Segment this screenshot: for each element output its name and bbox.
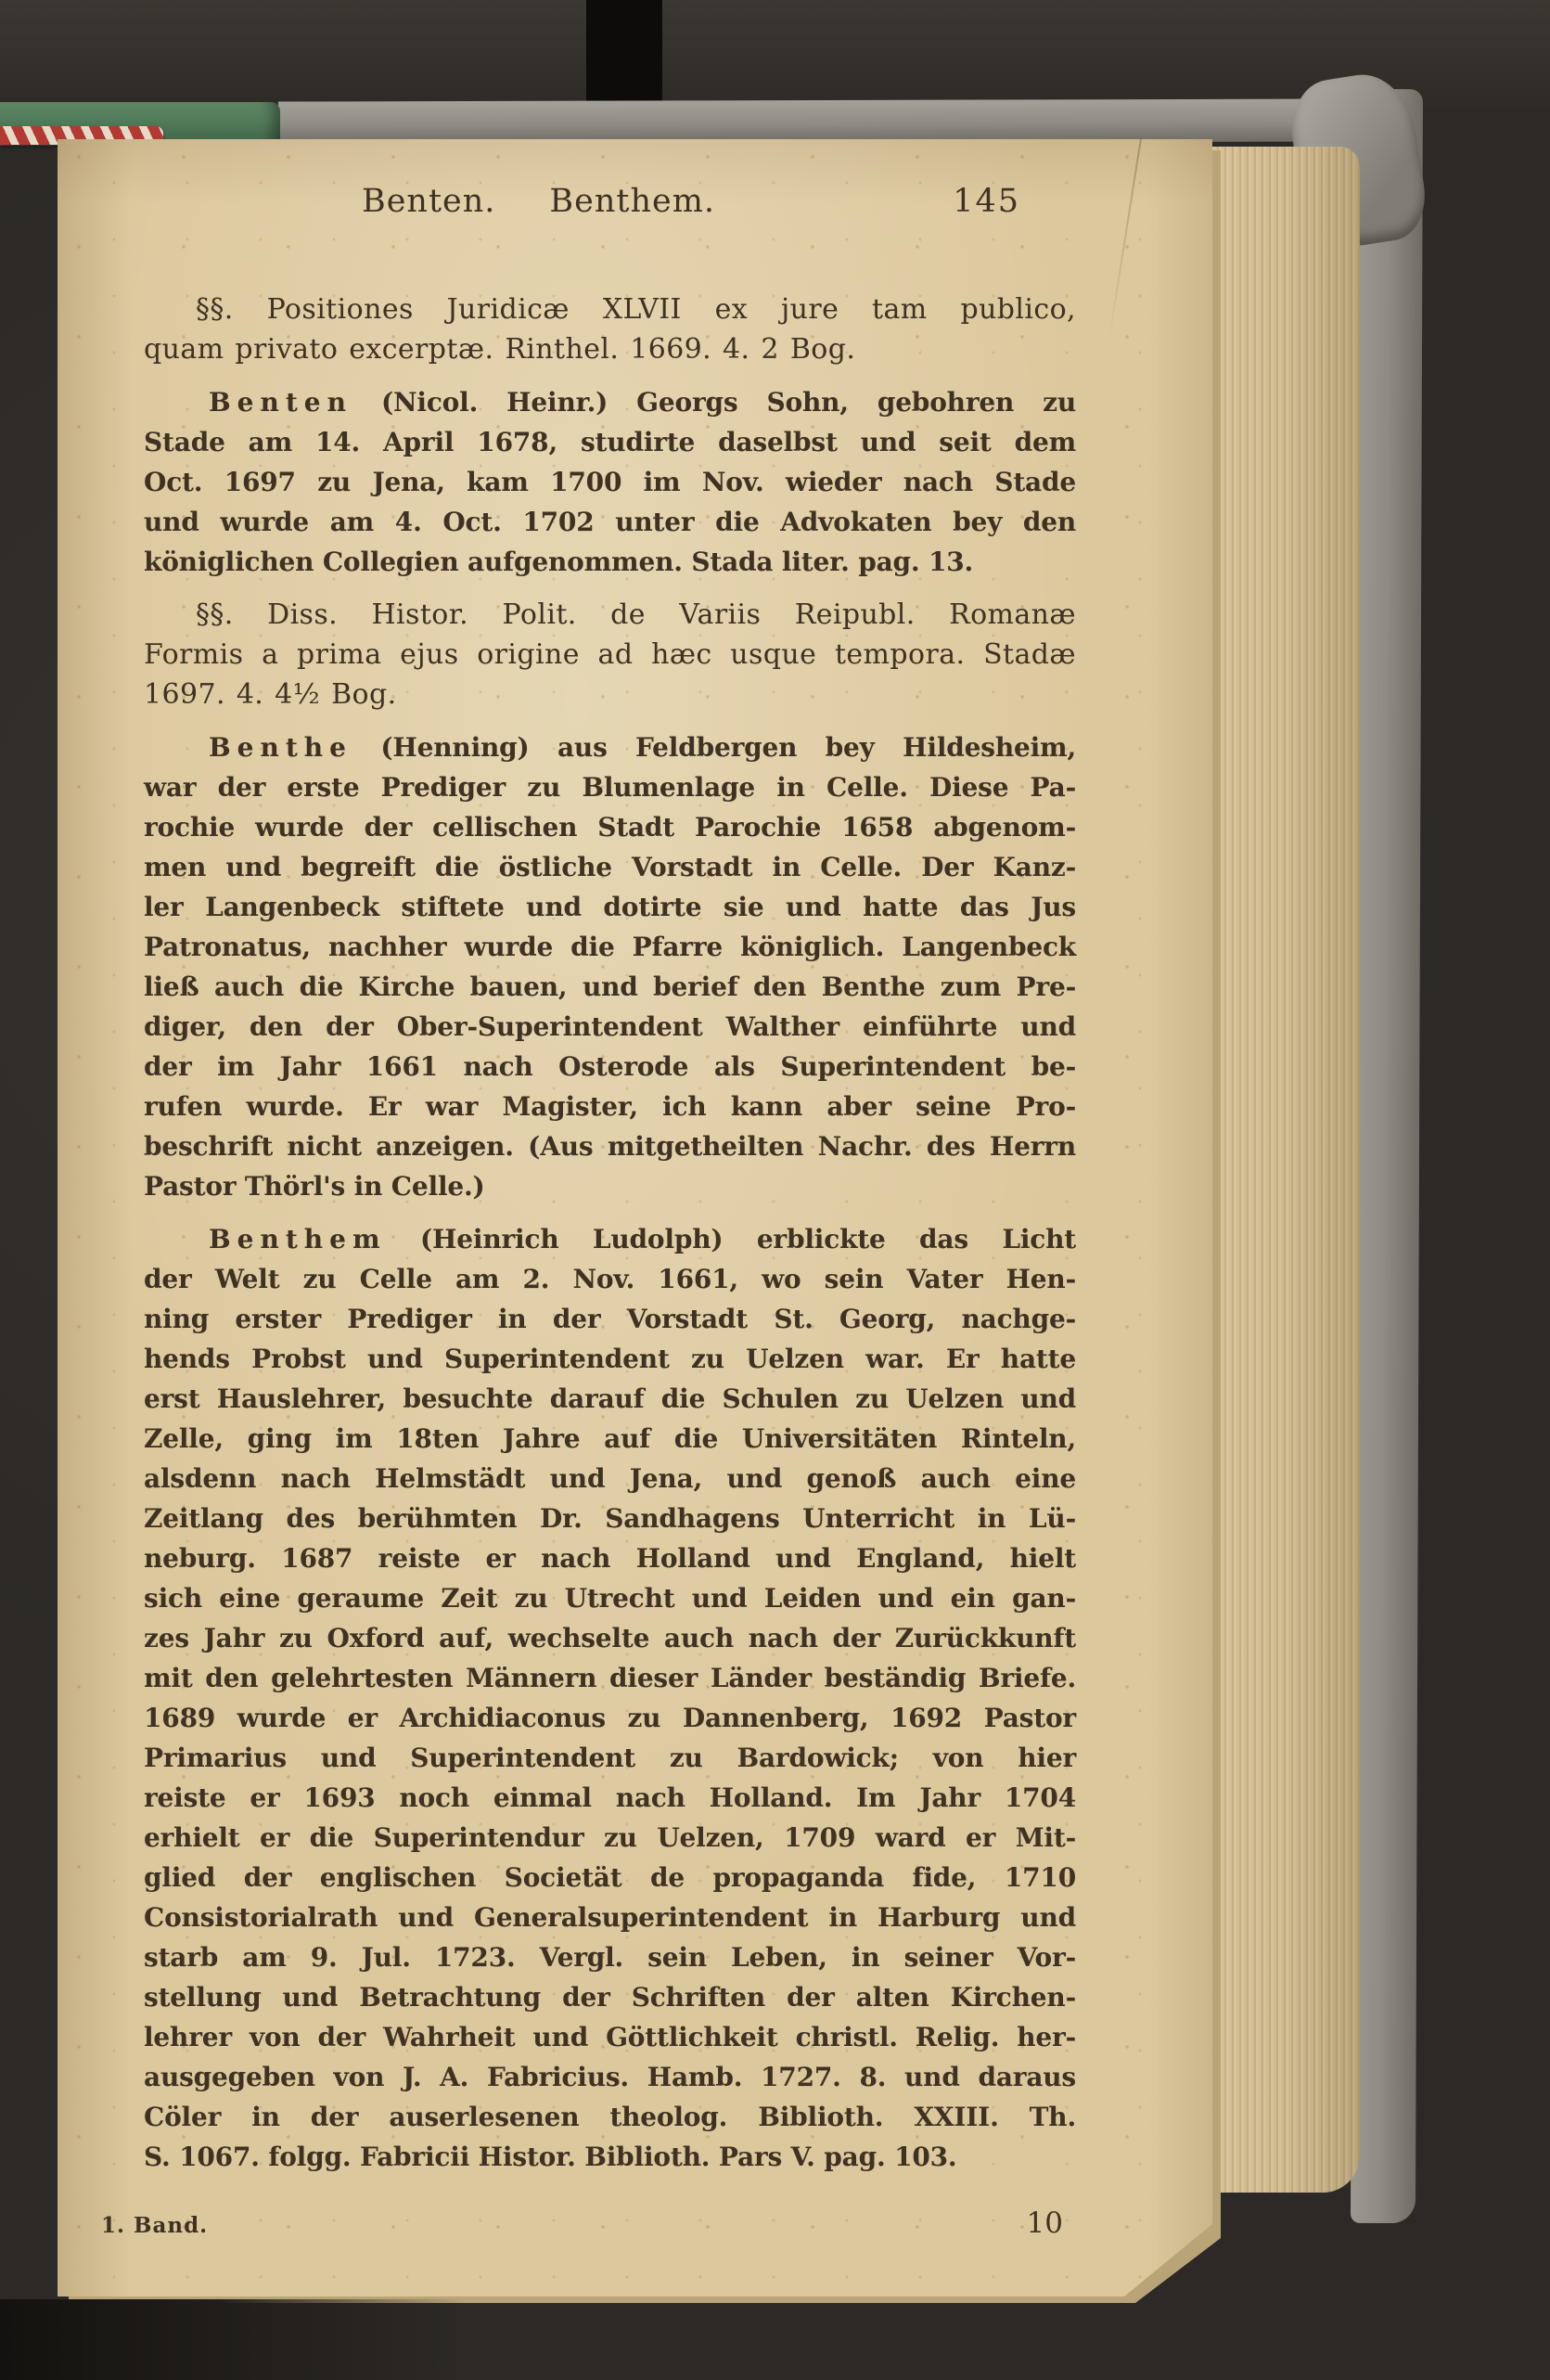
page-number: 145 <box>953 181 1020 222</box>
book-page: Benten. Benthem. 145 §§. Positiones Juri… <box>58 139 1212 2296</box>
running-head: Benten. Benthem. 145 <box>144 181 1076 222</box>
text-line: rochie wurde der cellischen Stadt Paroch… <box>144 807 1076 847</box>
paragraph: Benthe (Henning) aus Feldbergen bey Hild… <box>144 727 1076 1206</box>
text-line: Zelle, ging im 18ten Jahre auf die Unive… <box>144 1419 1076 1459</box>
text-line: Benthem (Heinrich Ludolph) erblickte das… <box>144 1219 1076 1259</box>
text-line: stellung und Betrachtung der Schriften d… <box>144 1977 1076 2017</box>
text-line: Stade am 14. April 1678, studirte daselb… <box>144 422 1076 462</box>
text-line: Cöler in der auserlesenen theolog. Bibli… <box>144 2097 1076 2137</box>
text-line: neburg. 1687 reiste er nach Holland und … <box>144 1538 1076 1578</box>
page-text: §§. Positiones Juridicæ XLVII ex jure ta… <box>144 289 1076 2177</box>
page-footer: 1. Band. 10 <box>144 2206 1076 2240</box>
text-line: diger, den der Ober-Superintendent Walth… <box>144 1007 1076 1047</box>
text-line: §§. Diss. Histor. Polit. de Variis Reipu… <box>144 595 1076 635</box>
paragraph: Benthem (Heinrich Ludolph) erblickte das… <box>144 1219 1076 2177</box>
running-head-right: Benthem. <box>549 181 715 222</box>
text-line: 1689 wurde er Archidiaconus zu Dannenber… <box>144 1698 1076 1738</box>
text-line: ning erster Prediger in der Vorstadt St.… <box>144 1299 1076 1339</box>
text-line: lehrer von der Wahrheit und Göttlichkeit… <box>144 2017 1076 2057</box>
text-line: §§. Positiones Juridicæ XLVII ex jure ta… <box>144 289 1076 329</box>
text-line: reiste er 1693 noch einmal nach Holland.… <box>144 1778 1076 1818</box>
spine-hinge-gap <box>586 0 662 109</box>
text-line: Pastor Thörl's in Celle.) <box>144 1166 1076 1206</box>
text-line: zes Jahr zu Oxford auf, wechselte auch n… <box>144 1618 1076 1658</box>
entry-name: Benthem <box>209 1224 387 1254</box>
text-line: rufen wurde. Er war Magister, ich kann a… <box>144 1087 1076 1126</box>
text-line: beschrift nicht anzeigen. (Aus mitgethei… <box>144 1126 1076 1166</box>
text-line: 1697. 4. 4½ Bog. <box>144 675 1076 714</box>
text-line: men und begreift die östliche Vorstadt i… <box>144 847 1076 887</box>
entry-name: Benthe <box>209 732 352 763</box>
text-line: quam privato excerptæ. Rinthel. 1669. 4.… <box>144 329 1076 369</box>
text-line: starb am 9. Jul. 1723. Vergl. sein Leben… <box>144 1937 1076 1977</box>
text-line: alsdenn nach Helmstädt und Jena, und gen… <box>144 1459 1076 1499</box>
text-line: erhielt er die Superintendur zu Uelzen, … <box>144 1818 1076 1858</box>
book-board-top-left <box>0 0 586 109</box>
text-line: Oct. 1697 zu Jena, kam 1700 im Nov. wied… <box>144 462 1076 502</box>
book-cover-right-edge <box>1351 89 1423 2223</box>
book-cover-top-edge <box>278 98 1368 144</box>
text-line: Formis a prima ejus origine ad hæc usque… <box>144 635 1076 675</box>
entry-name: Benten <box>209 387 352 418</box>
text-line: glied der englischen Societät de propaga… <box>144 1858 1076 1898</box>
text-line: königlichen Collegien aufgenommen. Stada… <box>144 542 1076 582</box>
text-line: Zeitlang des berühmten Dr. Sandhagens Un… <box>144 1499 1076 1538</box>
text-line: der im Jahr 1661 nach Osterode als Super… <box>144 1047 1076 1087</box>
text-line: Benthe (Henning) aus Feldbergen bey Hild… <box>144 727 1076 767</box>
text-line: ausgegeben von J. A. Fabricius. Hamb. 17… <box>144 2057 1076 2097</box>
text-line: Patronatus, nachher wurde die Pfarre kön… <box>144 927 1076 967</box>
sheet-signature: 10 <box>1027 2206 1063 2240</box>
text-line: Primarius und Superintendent zu Bardowic… <box>144 1738 1076 1778</box>
paper-crease <box>1108 135 1142 341</box>
paragraph: §§. Positiones Juridicæ XLVII ex jure ta… <box>144 289 1076 369</box>
text-line: Benten (Nicol. Heinr.) Georgs Sohn, gebo… <box>144 382 1076 422</box>
text-line: ler Langenbeck stiftete und dotirte sie … <box>144 887 1076 927</box>
text-line: erst Hauslehrer, besuchte darauf die Sch… <box>144 1379 1076 1419</box>
scanner-bed-shadow <box>0 2299 1550 2380</box>
text-line: der Welt zu Celle am 2. Nov. 1661, wo se… <box>144 1259 1076 1299</box>
text-line: sich eine geraume Zeit zu Utrecht und Le… <box>144 1578 1076 1618</box>
text-line: S. 1067. folgg. Fabricii Histor. Bibliot… <box>144 2137 1076 2177</box>
paragraph: Benten (Nicol. Heinr.) Georgs Sohn, gebo… <box>144 382 1076 582</box>
scan-background: Benten. Benthem. 145 §§. Positiones Juri… <box>0 0 1550 2380</box>
paragraph: §§. Diss. Histor. Polit. de Variis Reipu… <box>144 595 1076 714</box>
running-head-left: Benten. <box>362 181 495 222</box>
text-line: mit den gelehrtesten Männern dieser Länd… <box>144 1658 1076 1698</box>
text-line: war der erste Prediger zu Blumenlage in … <box>144 767 1076 807</box>
text-line: Consistorialrath und Generalsuperintende… <box>144 1898 1076 1937</box>
text-line: ließ auch die Kirche bauen, und berief d… <box>144 967 1076 1007</box>
text-line: hends Probst und Superintendent zu Uelze… <box>144 1339 1076 1379</box>
volume-label: 1. Band. <box>101 2213 208 2238</box>
text-line: und wurde am 4. Oct. 1702 unter die Advo… <box>144 502 1076 542</box>
